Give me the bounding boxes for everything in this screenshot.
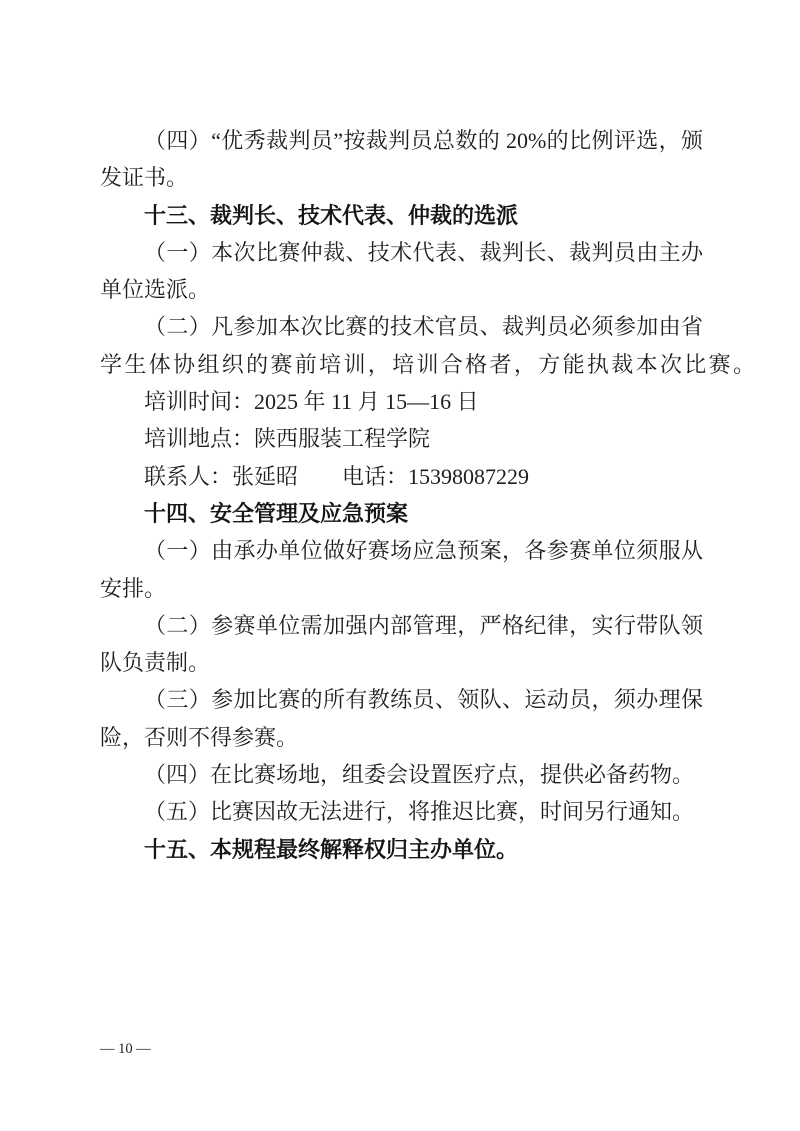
doc-line: 学生体协组织的赛前培训，培训合格者，方能执裁本次比赛。 — [100, 346, 755, 383]
doc-line: （一）本次比赛仲裁、技术代表、裁判长、裁判员由主办 — [100, 234, 703, 271]
doc-line: （四）“优秀裁判员”按裁判员总数的 20%的比例评选，颁 — [100, 122, 703, 159]
page-number: — 10 — — [100, 1039, 151, 1059]
doc-line: 安排。 — [100, 570, 703, 607]
section-heading: 十四、安全管理及应急预案 — [100, 495, 703, 532]
doc-line: （三）参加比赛的所有教练员、领队、运动员，须办理保 — [100, 681, 703, 718]
doc-line: 培训地点：陕西服装工程学院 — [100, 420, 703, 457]
document-body: （四）“优秀裁判员”按裁判员总数的 20%的比例评选，颁发证书。十三、裁判长、技… — [100, 122, 703, 868]
doc-line: 单位选派。 — [100, 271, 703, 308]
section-heading: 十三、裁判长、技术代表、仲裁的选派 — [100, 197, 703, 234]
doc-line: （二）凡参加本次比赛的技术官员、裁判员必须参加由省 — [100, 308, 703, 345]
doc-line: （五）比赛因故无法进行，将推迟比赛，时间另行通知。 — [100, 793, 703, 830]
doc-line: 发证书。 — [100, 159, 703, 196]
doc-line: 联系人：张延昭 电话：15398087229 — [100, 458, 703, 495]
doc-line: 培训时间：2025 年 11 月 15—16 日 — [100, 383, 703, 420]
doc-line: 队负责制。 — [100, 644, 703, 681]
section-heading: 十五、本规程最终解释权归主办单位。 — [100, 831, 703, 868]
document-page: （四）“优秀裁判员”按裁判员总数的 20%的比例评选，颁发证书。十三、裁判长、技… — [0, 0, 800, 1131]
doc-line: 险，否则不得参赛。 — [100, 719, 703, 756]
doc-line: （一）由承办单位做好赛场应急预案，各参赛单位须服从 — [100, 532, 703, 569]
doc-line: （二）参赛单位需加强内部管理，严格纪律，实行带队领 — [100, 607, 703, 644]
doc-line: （四）在比赛场地，组委会设置医疗点，提供必备药物。 — [100, 756, 703, 793]
